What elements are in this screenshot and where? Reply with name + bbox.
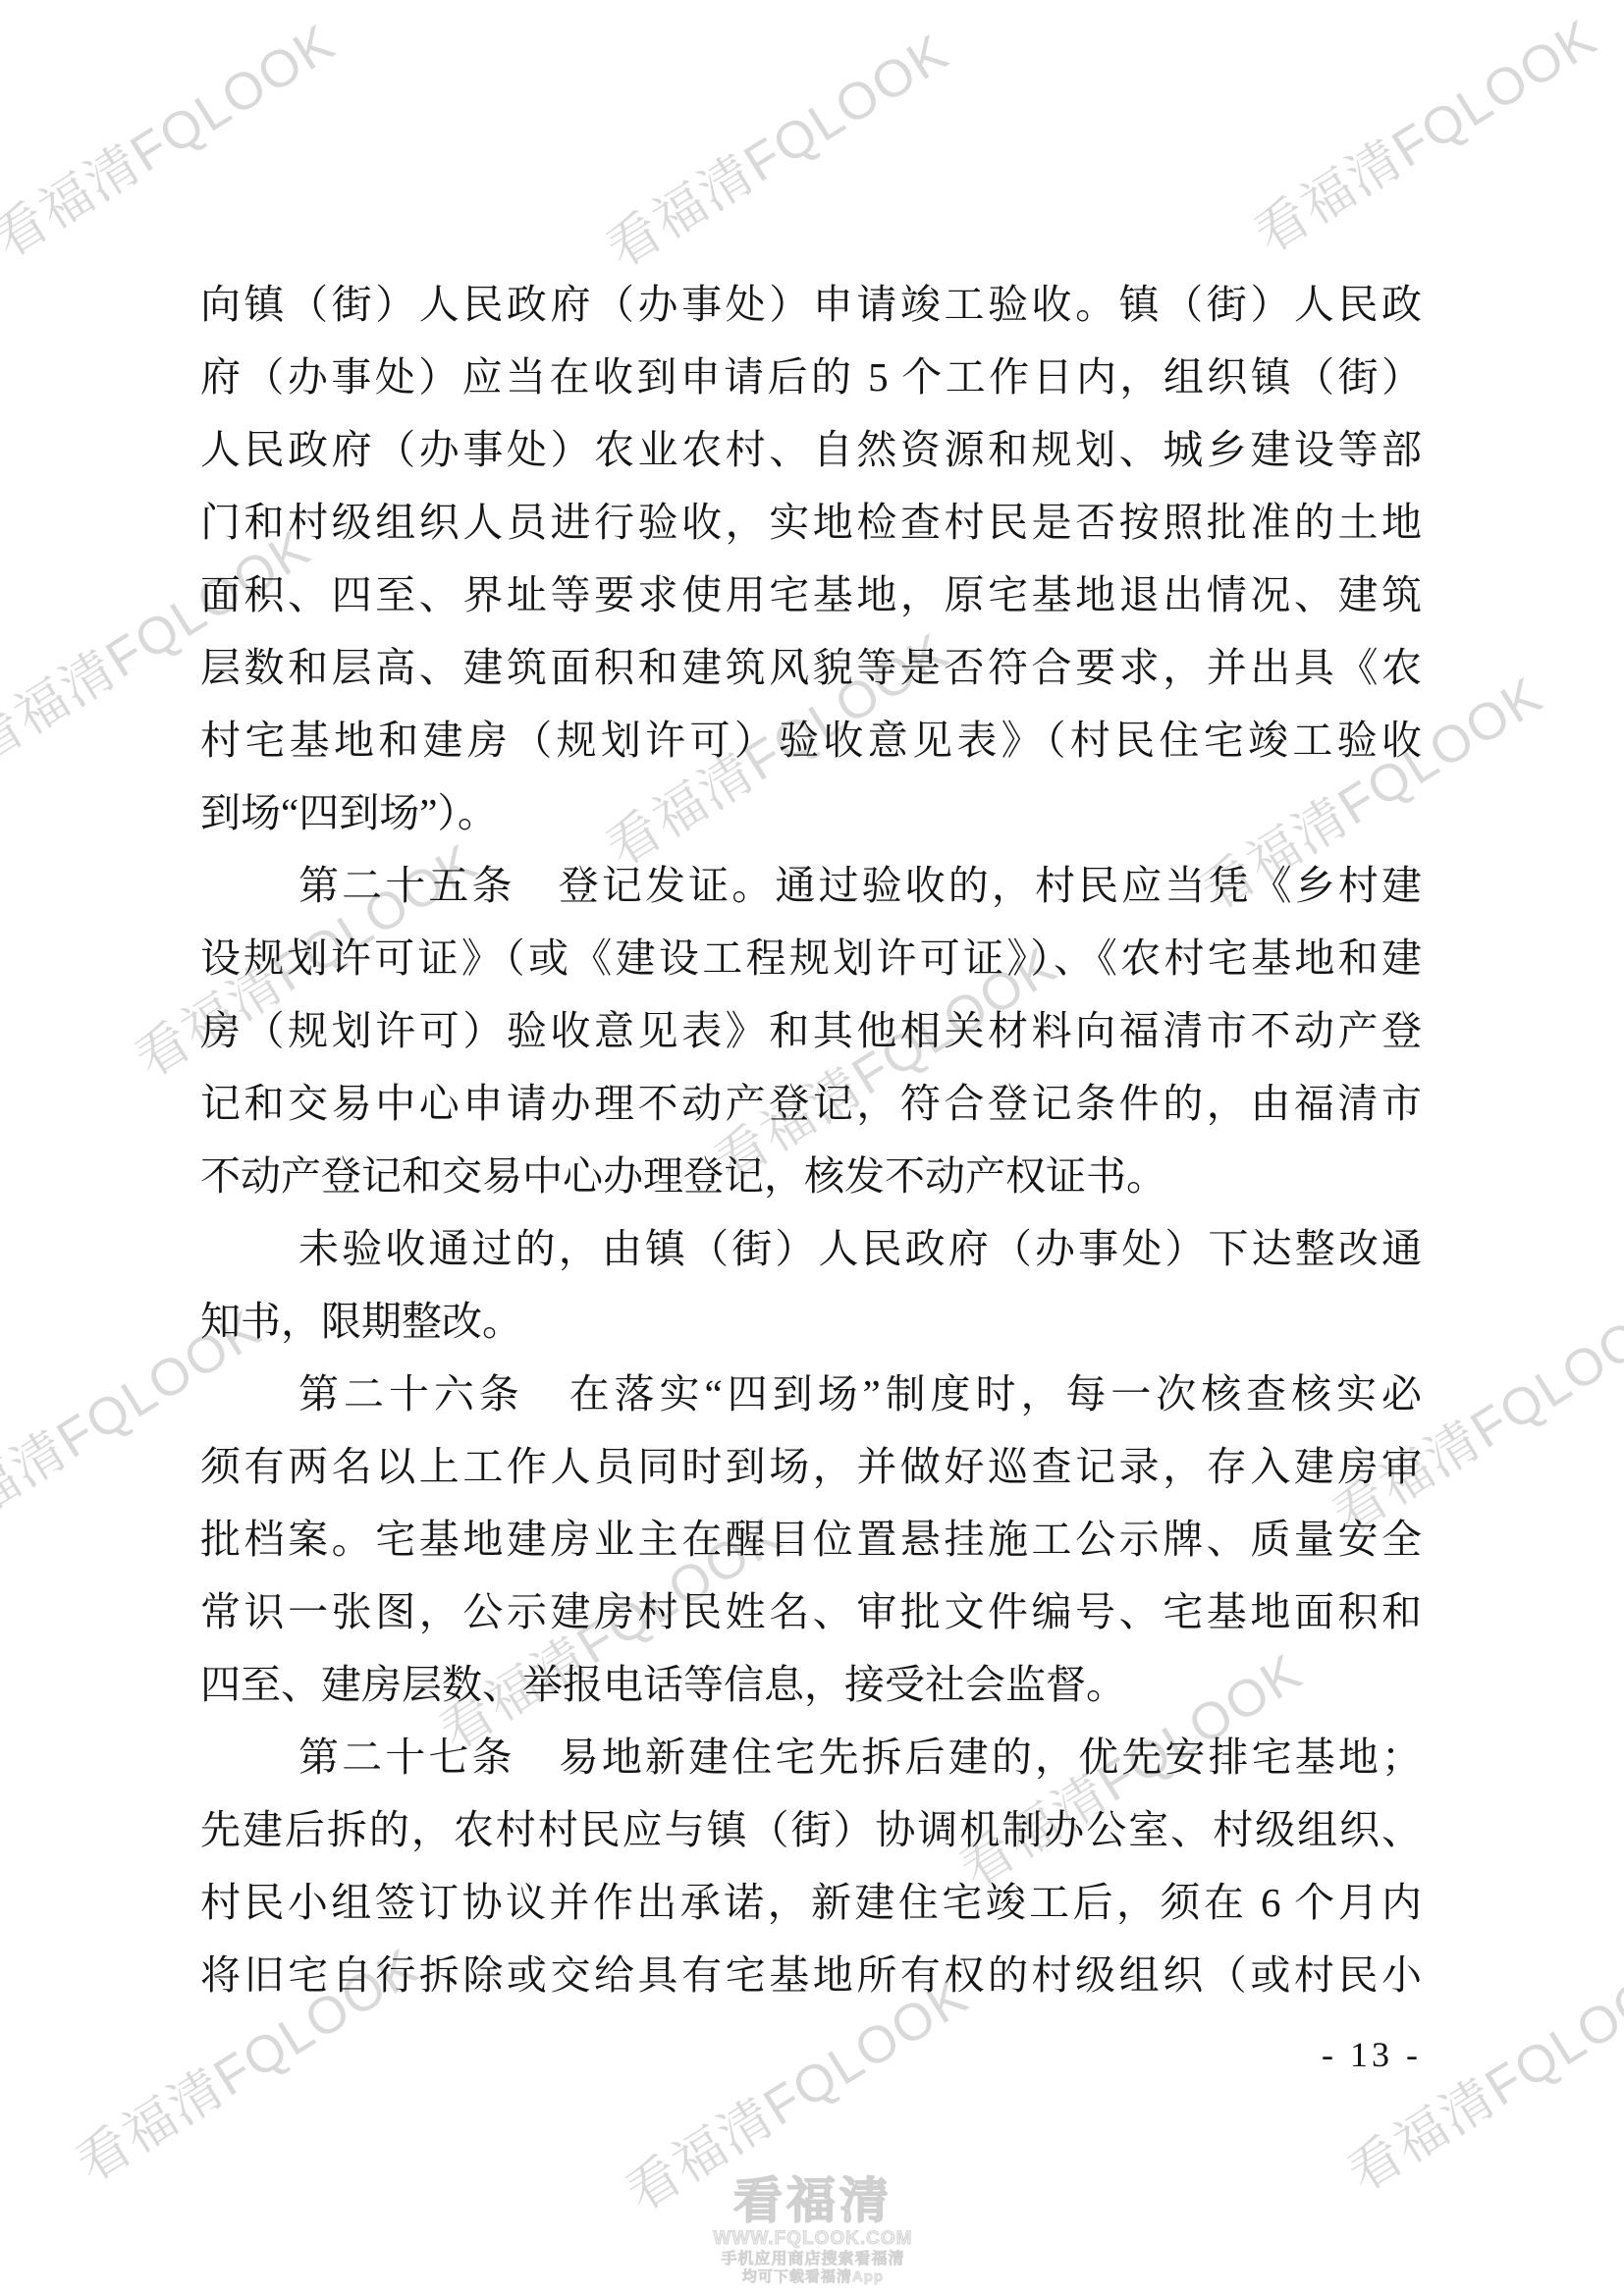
watermark-text: 看福清FQLOOK xyxy=(1238,0,1609,268)
site-brand-block: 看福清 WWW.FQLOOK.COM 手机应用商店搜索看福清 均可下载看福清Ap… xyxy=(714,2173,913,2286)
text-line: 设规划许可证》（或《建设工程规划许可证》）、《农村宅基地和建 xyxy=(200,922,1422,994)
text-line-article-26: 第二十六条 在落实“四到场”制度时，每一次核查核实必 xyxy=(200,1358,1422,1430)
document-body: 向镇（街）人民政府（办事处）申请竣工验收。镇（街）人民政 府（办事处）应当在收到… xyxy=(200,268,1422,2011)
brand-tagline-1: 手机应用商店搜索看福清 xyxy=(714,2250,913,2269)
text-line: 面积、四至、界址等要求使用宅基地，原宅基地退出情况、建筑 xyxy=(200,559,1422,631)
text-line: 层数和层高、建筑面积和建筑风貌等是否符合要求，并出具《农 xyxy=(200,631,1422,704)
text-line: 不动产登记和交易中心办理登记，核发不动产权证书。 xyxy=(200,1140,1422,1212)
text-line: 向镇（街）人民政府（办事处）申请竣工验收。镇（街）人民政 xyxy=(200,268,1422,341)
text-line: 批档案。宅基地建房业主在醒目位置悬挂施工公示牌、质量安全 xyxy=(200,1503,1422,1575)
watermark-text: 看福清FQLOOK xyxy=(0,2,348,272)
text-line: 未验收通过的，由镇（街）人民政府（办事处）下达整改通 xyxy=(200,1212,1422,1285)
text-line: 府（办事处）应当在收到申请后的 5 个工作日内，组织镇（街） xyxy=(200,341,1422,413)
text-line: 人民政府（办事处）农业农村、自然资源和规划、城乡建设等部 xyxy=(200,413,1422,486)
watermark-text: 看福清FQLOOK xyxy=(590,12,961,282)
text-line: 门和村级组织人员进行验收，实地检查村民是否按照批准的土地 xyxy=(200,486,1422,559)
text-line: 知书，限期整改。 xyxy=(200,1285,1422,1358)
page-number: - 13 - xyxy=(200,2034,1422,2075)
text-line-article-27: 第二十七条 易地新建住宅先拆后建的，优先安排宅基地； xyxy=(200,1721,1422,1793)
text-line: 村宅基地和建房（规划许可）验收意见表》（村民住宅竣工验收 xyxy=(200,704,1422,776)
text-line: 先建后拆的，农村村民应与镇（街）协调机制办公室、村级组织、 xyxy=(200,1793,1422,1866)
text-line: 四至、建房层数、举报电话等信息，接受社会监督。 xyxy=(200,1648,1422,1721)
text-line-article-25: 第二十五条 登记发证。通过验收的，村民应当凭《乡村建 xyxy=(200,849,1422,922)
text-line: 到场“四到场”）。 xyxy=(200,776,1422,849)
text-line: 村民小组签订协议并作出承诺，新建住宅竣工后，须在 6 个月内 xyxy=(200,1866,1422,1939)
brand-logo: 看福清 xyxy=(714,2173,913,2228)
text-line: 须有两名以上工作人员同时到场，并做好巡查记录，存入建房审 xyxy=(200,1430,1422,1503)
text-line: 将旧宅自行拆除或交给具有宅基地所有权的村级组织（或村民小 xyxy=(200,1939,1422,2011)
text-line: 记和交易中心申请办理不动产登记，符合登记条件的，由福清市 xyxy=(200,1067,1422,1140)
document-page: { "page": { "number": "13", "number_labe… xyxy=(0,0,1624,2296)
brand-tagline-2: 均可下载看福清App xyxy=(714,2269,913,2286)
text-line: 常识一张图，公示建房村民姓名、审批文件编号、宅基地面积和 xyxy=(200,1575,1422,1648)
text-line: 房（规划许可）验收意见表》和其他相关材料向福清市不动产登 xyxy=(200,994,1422,1067)
brand-website: WWW.FQLOOK.COM xyxy=(714,2228,913,2250)
